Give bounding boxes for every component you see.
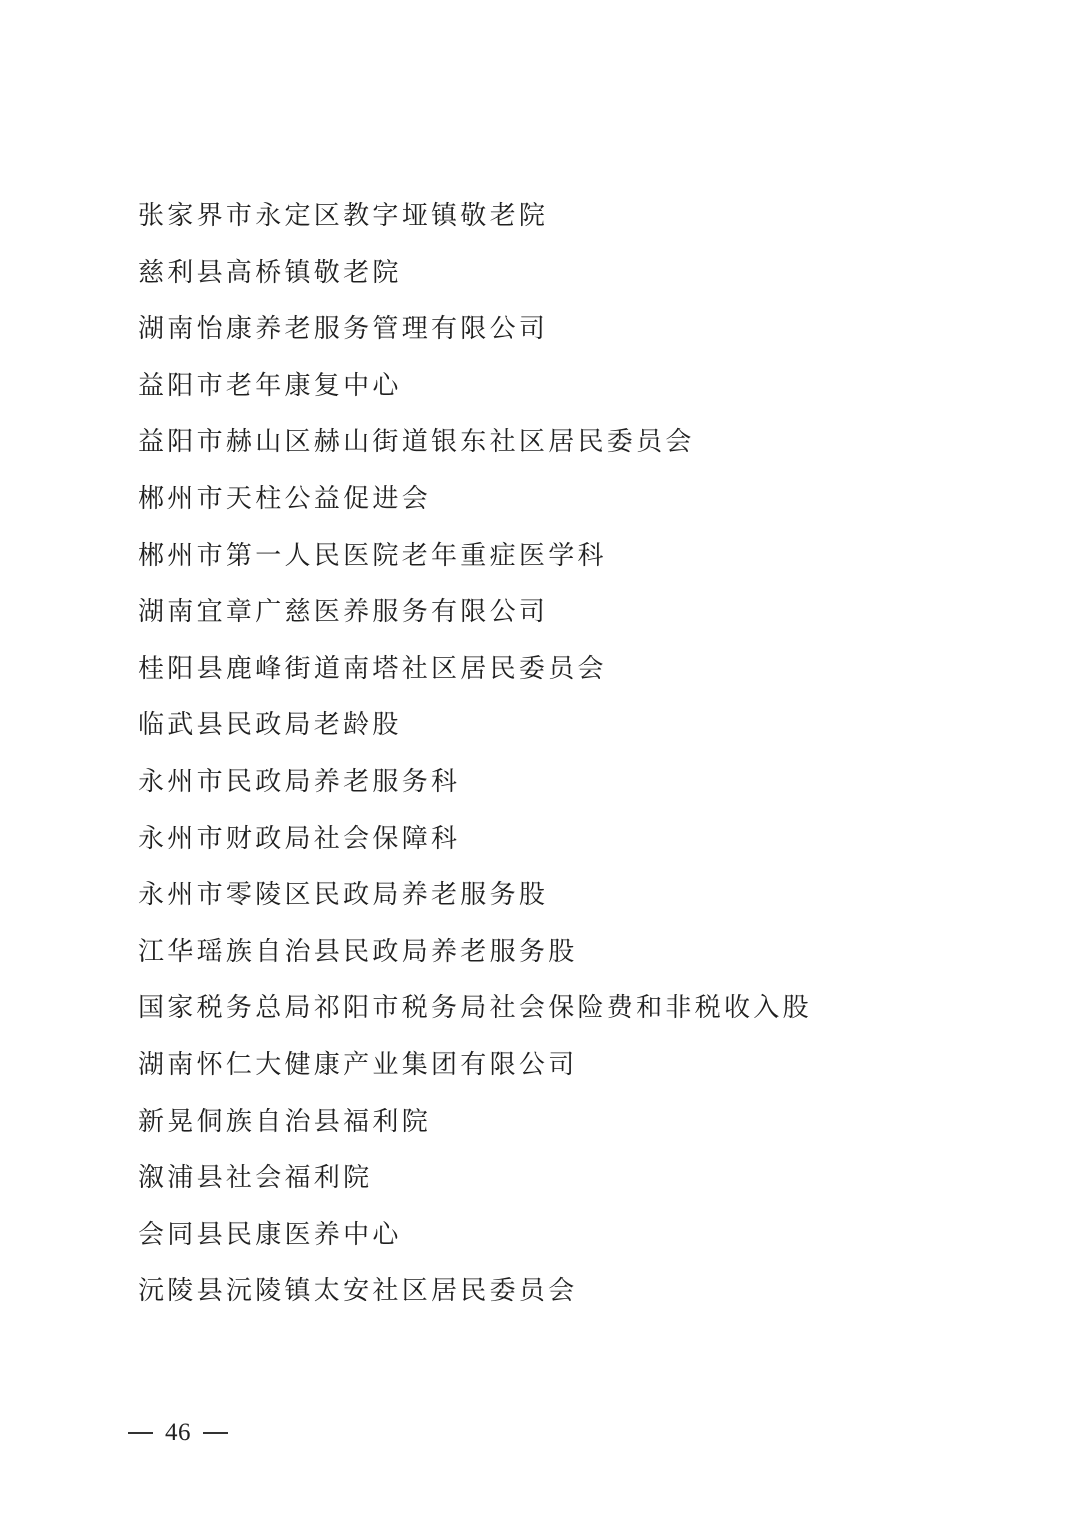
list-item: 江华瑶族自治县民政局养老服务股 (138, 924, 812, 981)
list-item: 国家税务总局祁阳市税务局社会保险费和非税收入股 (138, 980, 812, 1037)
list-item: 益阳市赫山区赫山街道银东社区居民委员会 (138, 414, 812, 471)
list-item: 新晃侗族自治县福利院 (138, 1094, 812, 1151)
list-item: 临武县民政局老龄股 (138, 697, 812, 754)
page-number-dash-left (128, 1432, 153, 1434)
organization-list: 张家界市永定区教字垭镇敬老院 慈利县高桥镇敬老院 湖南怡康养老服务管理有限公司 … (138, 188, 812, 1320)
document-page: 张家界市永定区教字垭镇敬老院 慈利县高桥镇敬老院 湖南怡康养老服务管理有限公司 … (0, 0, 1080, 1527)
list-item: 会同县民康医养中心 (138, 1207, 812, 1264)
list-item: 益阳市老年康复中心 (138, 358, 812, 415)
list-item: 桂阳县鹿峰街道南塔社区居民委员会 (138, 641, 812, 698)
list-item: 郴州市天柱公益促进会 (138, 471, 812, 528)
list-item: 张家界市永定区教字垭镇敬老院 (138, 188, 812, 245)
page-number: 46 (128, 1416, 228, 1450)
page-number-value: 46 (165, 1419, 191, 1447)
list-item: 沅陵县沅陵镇太安社区居民委员会 (138, 1263, 812, 1320)
page-number-dash-right (203, 1432, 228, 1434)
list-item: 湖南宜章广慈医养服务有限公司 (138, 584, 812, 641)
list-item: 湖南怡康养老服务管理有限公司 (138, 301, 812, 358)
list-item: 永州市零陵区民政局养老服务股 (138, 867, 812, 924)
list-item: 永州市财政局社会保障科 (138, 811, 812, 868)
list-item: 溆浦县社会福利院 (138, 1150, 812, 1207)
list-item: 慈利县高桥镇敬老院 (138, 245, 812, 302)
list-item: 湖南怀仁大健康产业集团有限公司 (138, 1037, 812, 1094)
list-item: 郴州市第一人民医院老年重症医学科 (138, 528, 812, 585)
list-item: 永州市民政局养老服务科 (138, 754, 812, 811)
